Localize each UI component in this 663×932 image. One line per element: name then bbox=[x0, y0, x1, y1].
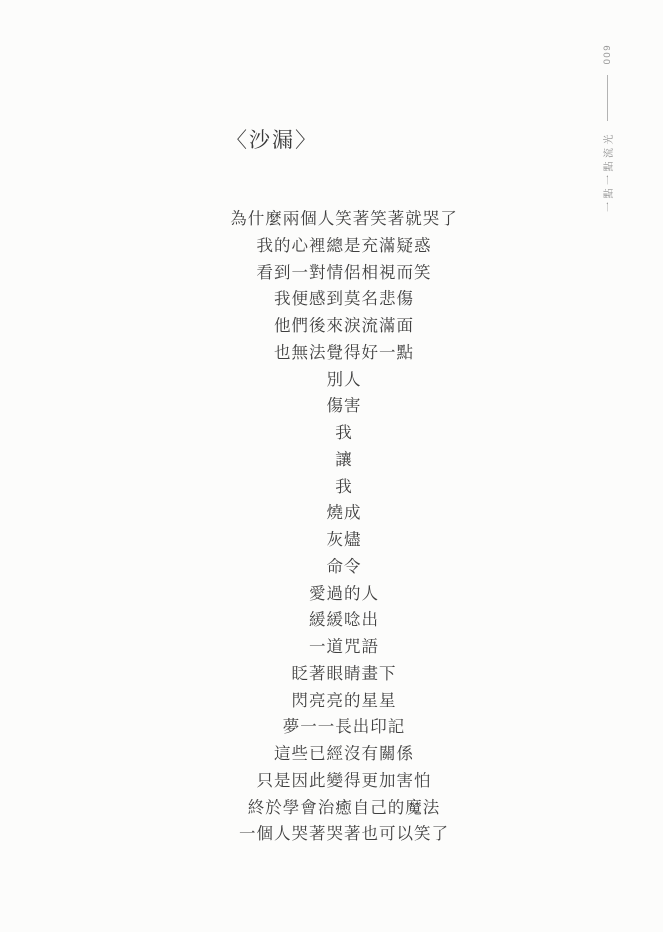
poem-line: 別人 bbox=[24, 367, 663, 394]
poem-line: 讓 bbox=[24, 447, 663, 474]
poem-body: 為什麼兩個人笑著笑著就哭了我的心裡總是充滿疑惑看到一對情侶相視而笑我便感到莫名悲… bbox=[24, 206, 663, 848]
poem-line: 眨著眼睛畫下 bbox=[24, 661, 663, 688]
poem-line: 他們後來淚流滿面 bbox=[24, 313, 663, 340]
poem-line: 我的心裡總是充滿疑惑 bbox=[24, 233, 663, 260]
edge-rule-line bbox=[607, 75, 608, 121]
poem-line: 只是因此變得更加害怕 bbox=[24, 768, 663, 795]
poem-line: 傷害 bbox=[24, 393, 663, 420]
poem-line: 一道咒語 bbox=[24, 634, 663, 661]
page-edge-caption: 一點一點流光 009 bbox=[600, 44, 614, 212]
poem-line: 灰燼 bbox=[24, 527, 663, 554]
poem-line: 為什麼兩個人笑著笑著就哭了 bbox=[24, 206, 663, 233]
poem-line: 命令 bbox=[24, 554, 663, 581]
poem-line: 終於學會治癒自己的魔法 bbox=[24, 795, 663, 822]
poem-line: 我 bbox=[24, 474, 663, 501]
poem-line: 夢一一長出印記 bbox=[24, 714, 663, 741]
edge-page-number: 009 bbox=[602, 44, 613, 64]
poem-line: 愛過的人 bbox=[24, 581, 663, 608]
poem-line: 看到一對情侶相視而笑 bbox=[24, 260, 663, 287]
poem-line: 這些已經沒有關係 bbox=[24, 741, 663, 768]
poem-line: 緩緩唸出 bbox=[24, 607, 663, 634]
poem-line: 閃亮亮的星星 bbox=[24, 688, 663, 715]
poem-line: 我 bbox=[24, 420, 663, 447]
poem-title: 〈沙漏〉 bbox=[226, 124, 318, 154]
poem-line: 一個人哭著哭著也可以笑了 bbox=[24, 821, 663, 848]
poem-line: 我便感到莫名悲傷 bbox=[24, 286, 663, 313]
poem-line: 也無法覺得好一點 bbox=[24, 340, 663, 367]
book-page: 〈沙漏〉 為什麼兩個人笑著笑著就哭了我的心裡總是充滿疑惑看到一對情侶相視而笑我便… bbox=[0, 0, 663, 932]
poem-line: 燒成 bbox=[24, 500, 663, 527]
edge-book-title: 一點一點流光 bbox=[600, 131, 615, 212]
